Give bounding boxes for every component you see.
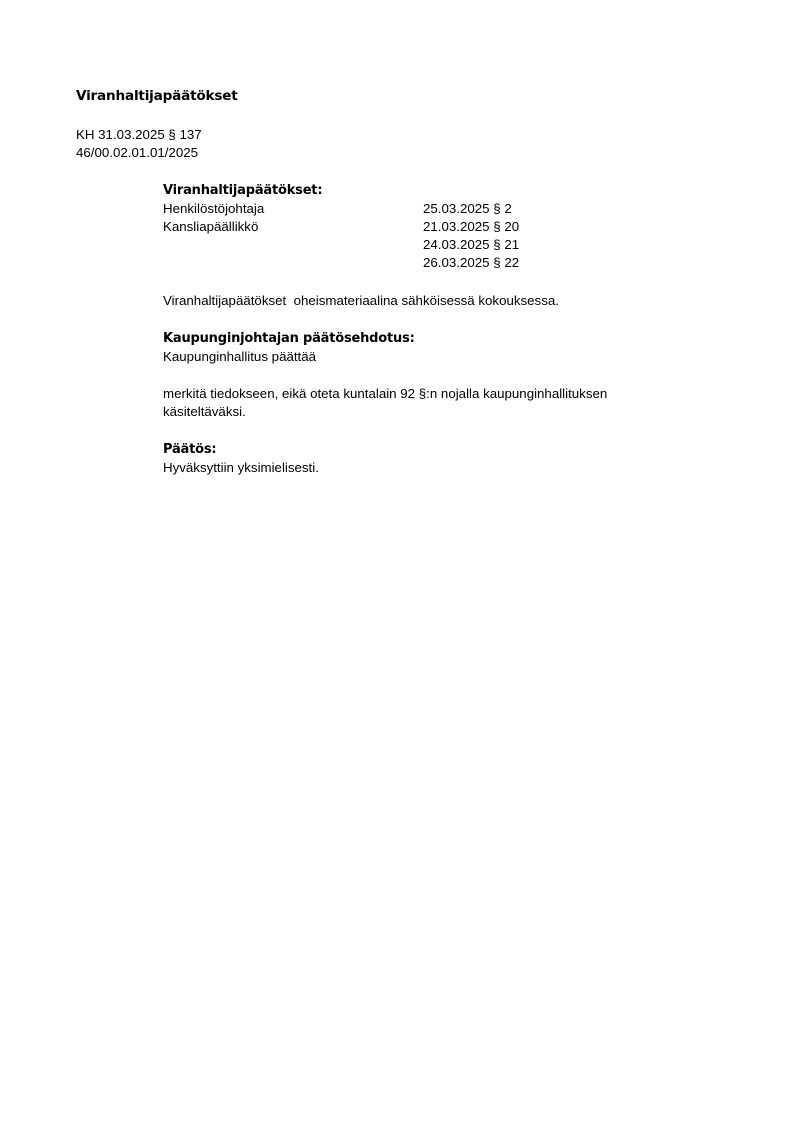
decision-row: 24.03.2025 § 21: [163, 236, 663, 254]
decision-row: Henkilöstöjohtaja 25.03.2025 § 2: [163, 200, 663, 218]
decision-ref: 21.03.2025 § 20: [423, 218, 519, 236]
decisions-heading: Viranhaltijapäätökset:: [163, 182, 663, 200]
decision-text: Hyväksyttiin yksimielisesti.: [163, 459, 319, 477]
page-title: Viranhaltijapäätökset: [76, 88, 238, 104]
proposal-heading: Kaupunginjohtajan päätösehdotus:: [163, 330, 415, 348]
decision-heading: Päätös:: [163, 441, 319, 459]
attachment-note: Viranhaltijapäätökset oheismateriaalina …: [163, 292, 663, 310]
proposal-intro: Kaupunginhallitus päättää: [163, 348, 415, 366]
diary-number: 46/00.02.01.01/2025: [76, 144, 198, 162]
decision-ref: 25.03.2025 § 2: [423, 200, 512, 218]
meeting-reference: KH 31.03.2025 § 137: [76, 126, 202, 144]
proposal-section: Kaupunginjohtajan päätösehdotus: Kaupung…: [163, 330, 415, 366]
decision-section: Päätös: Hyväksyttiin yksimielisesti.: [163, 441, 319, 477]
decision-ref: 26.03.2025 § 22: [423, 254, 519, 272]
decision-role: Henkilöstöjohtaja: [163, 200, 264, 218]
decision-role: Kansliapäällikkö: [163, 218, 258, 236]
decisions-section: Viranhaltijapäätökset: Henkilöstöjohtaja…: [163, 182, 663, 272]
decision-row: Kansliapäällikkö 21.03.2025 § 20: [163, 218, 663, 236]
proposal-text: merkitä tiedokseen, eikä oteta kuntalain…: [163, 385, 655, 421]
decision-ref: 24.03.2025 § 21: [423, 236, 519, 254]
decision-row: 26.03.2025 § 22: [163, 254, 663, 272]
